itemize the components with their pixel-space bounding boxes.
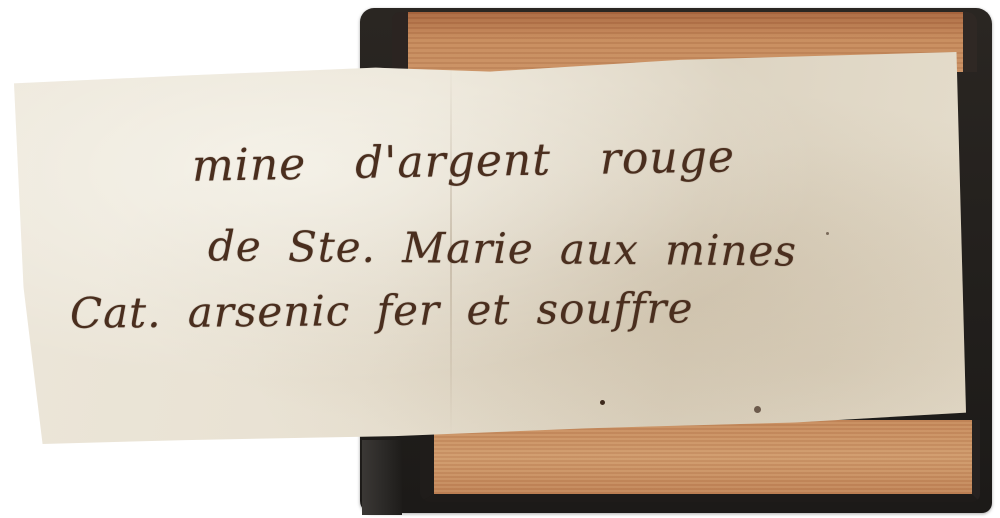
label-line-2: de Ste. Marie aux mines bbox=[208, 221, 797, 275]
label-line-1: mine d'argent rouge bbox=[192, 131, 736, 191]
box-spine bbox=[362, 440, 402, 515]
ink-spot bbox=[600, 400, 605, 405]
box-bottom-edge bbox=[420, 420, 980, 502]
ink-spot bbox=[754, 406, 761, 413]
ink-spot bbox=[826, 232, 829, 235]
label-line-3: Cat. arsenic fer et souffre bbox=[70, 283, 694, 337]
